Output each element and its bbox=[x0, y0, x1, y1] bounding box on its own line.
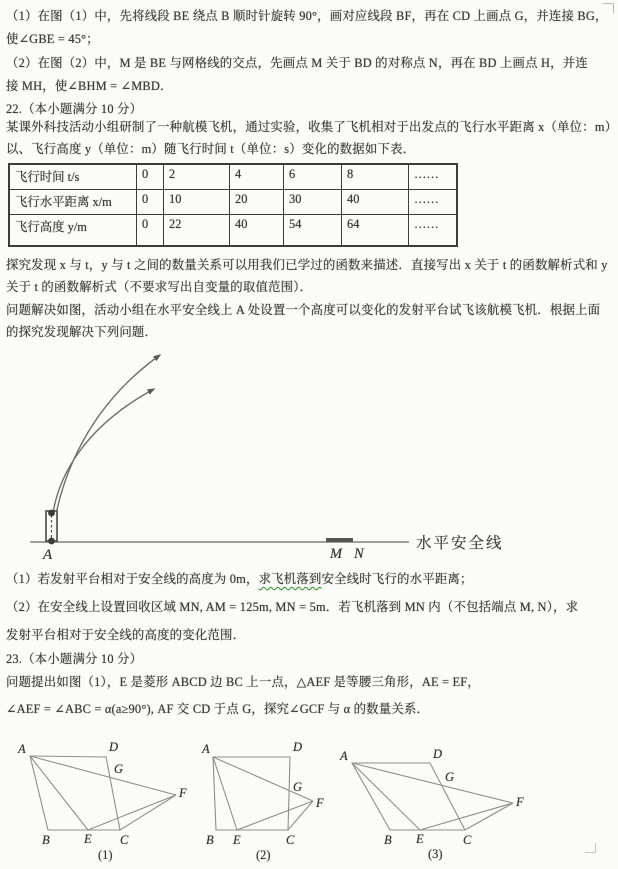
point-label-A: A bbox=[339, 749, 348, 763]
table-cell: 0 bbox=[137, 190, 164, 215]
text-line: 以、飞行高度 y（单位：m）随飞行时间 t（单位：s）变化的数据如下表． bbox=[6, 141, 415, 157]
text-line: （1）在图（1）中，先将线段 BE 绕点 B 顺时针旋转 90°，画对应线段 B… bbox=[6, 8, 608, 24]
point-label-A: A bbox=[42, 547, 53, 563]
text-line: 某课外科技活动小组研制了一种航模飞机，通过实验，收集了飞机相对于出发点的飞行水平… bbox=[6, 119, 617, 135]
point-label-E: E bbox=[232, 833, 241, 847]
point-label-A: A bbox=[201, 742, 210, 756]
table-cell: 10 bbox=[164, 190, 230, 215]
q22-item1-wavy-text: 求飞机落到 bbox=[259, 572, 322, 586]
table-cell: 64 bbox=[342, 215, 409, 247]
table-cell: 40 bbox=[342, 190, 409, 215]
table-cell: 54 bbox=[284, 215, 342, 247]
table-row: 飞行时间 t/s 0 2 4 6 8 …… bbox=[9, 164, 457, 190]
safety-line-label: 水平安全线 bbox=[416, 534, 504, 552]
point-label-M: M bbox=[329, 546, 343, 562]
point-label-D: D bbox=[292, 740, 302, 754]
table-cell: 40 bbox=[230, 215, 284, 247]
text-line: 的探究发现解决下列问题． bbox=[6, 324, 157, 340]
text-line: （2）在图（2）中，M 是 BE 与网格线的交点，先画点 M 关于 BD 的对称… bbox=[6, 55, 588, 71]
text-line: 关于 t 的函数解析式（不要求写出自变量的取值范围）． bbox=[6, 279, 312, 295]
point-label-F: F bbox=[315, 796, 324, 810]
point-label-N: N bbox=[353, 546, 365, 562]
table-cell: …… bbox=[409, 215, 458, 247]
segment-EF bbox=[88, 795, 176, 830]
text-line: （1）若发射平台相对于安全线的高度为 0m，求飞机落到安全线时飞行的水平距离； bbox=[6, 571, 473, 587]
platform-base-dot bbox=[48, 538, 55, 545]
segment-CF bbox=[465, 803, 513, 830]
point-label-F: F bbox=[178, 786, 187, 800]
point-label-D: D bbox=[432, 747, 442, 761]
table-cell: …… bbox=[409, 190, 458, 215]
geometry-figure-2: A D G F B E C (2) bbox=[200, 733, 345, 867]
table-cell: 0 bbox=[137, 215, 164, 247]
table-cell: 4 bbox=[230, 164, 284, 190]
segment-EF bbox=[420, 803, 513, 830]
point-label-F: F bbox=[515, 795, 524, 809]
segment-EF bbox=[237, 801, 313, 830]
scanned-exam-page: （1）在图（1）中，先将线段 BE 绕点 B 顺时针旋转 90°，画对应线段 B… bbox=[0, 0, 618, 869]
point-label-D: D bbox=[108, 740, 118, 754]
table-cell: 0 bbox=[137, 164, 164, 190]
page-corner-mark bbox=[585, 843, 596, 853]
table-cell: 2 bbox=[164, 164, 230, 190]
table-row: 飞行水平距离 x/m 0 10 20 30 40 …… bbox=[9, 190, 457, 215]
text-line: 接 MH，使∠BHM = ∠MBD． bbox=[6, 78, 173, 94]
question-23-heading: 23.（本小题满分 10 分） bbox=[6, 651, 142, 667]
table-cell: …… bbox=[409, 164, 458, 190]
flight-curve-low bbox=[53, 389, 154, 513]
rhombus-ABCD bbox=[30, 756, 120, 830]
q22-item1-suffix: 安全线时飞行的水平距离； bbox=[322, 572, 473, 586]
row-header: 飞行高度 y/m bbox=[9, 215, 137, 247]
text-line: （2）在安全线上设置回收区域 MN, AM = 125m, MN = 5m．若飞… bbox=[6, 599, 578, 615]
table-cell: 6 bbox=[284, 164, 342, 190]
text-line: 问题解决如图，活动小组在水平安全线上 A 处设置一个高度可以变化的发射平台试飞该… bbox=[6, 302, 600, 318]
table-cell: 22 bbox=[164, 215, 230, 247]
table-cell: 30 bbox=[284, 190, 342, 215]
point-label-E: E bbox=[83, 832, 92, 846]
point-label-A: A bbox=[17, 742, 26, 756]
segment-AF bbox=[30, 756, 176, 795]
point-label-B: B bbox=[384, 833, 392, 847]
figure-caption: (3) bbox=[428, 847, 443, 861]
text-line: ∠AEF = ∠ABC = α(a≥90°), AF 交 CD 于点 G，探究∠… bbox=[6, 701, 429, 717]
q22-item1-prefix: （1）若发射平台相对于安全线的高度为 0m， bbox=[6, 572, 259, 586]
point-label-B: B bbox=[206, 833, 214, 847]
segment-CF bbox=[120, 795, 176, 830]
flight-curve-high bbox=[52, 355, 160, 540]
text-line: 发射平台相对于安全线的高度的变化范围． bbox=[6, 627, 245, 643]
table-row: 飞行高度 y/m 0 22 40 54 64 …… bbox=[9, 215, 457, 247]
table-cell: 8 bbox=[342, 164, 409, 190]
figure-caption: (2) bbox=[256, 848, 271, 862]
geometry-figure-1: A D G F B E C (1) bbox=[14, 733, 214, 867]
row-header: 飞行时间 t/s bbox=[9, 164, 137, 190]
text-line: 探究发现 x 与 t，y 与 t 之间的数量关系可以用我们已学过的函数来描述．直… bbox=[6, 257, 608, 273]
segment-AE bbox=[352, 763, 420, 830]
point-label-B: B bbox=[42, 833, 50, 847]
text-line: 使∠GBE = 45°； bbox=[6, 31, 99, 47]
segment-AE bbox=[213, 757, 237, 830]
point-label-G: G bbox=[293, 780, 302, 794]
segment-AF bbox=[213, 757, 313, 801]
flight-data-table: 飞行时间 t/s 0 2 4 6 8 …… 飞行水平距离 x/m 0 10 20… bbox=[8, 163, 458, 247]
point-label-E: E bbox=[415, 832, 424, 846]
geometry-figure-3: A D G F B E C (3) bbox=[335, 738, 535, 866]
figure-caption: (1) bbox=[98, 848, 113, 862]
platform-top-dot bbox=[48, 510, 55, 517]
point-label-C: C bbox=[463, 833, 472, 847]
question-22-heading: 22.（本小题满分 10 分） bbox=[6, 101, 142, 117]
trajectory-figure: A M N 水平安全线 bbox=[0, 345, 618, 567]
point-label-G: G bbox=[114, 762, 123, 776]
segment-AF bbox=[352, 763, 513, 803]
row-header: 飞行水平距离 x/m bbox=[9, 190, 137, 215]
point-label-C: C bbox=[120, 833, 129, 847]
point-label-C: C bbox=[286, 833, 295, 847]
point-label-G: G bbox=[445, 770, 454, 784]
table-cell: 20 bbox=[230, 190, 284, 215]
text-line: 问题提出如图（1），E 是菱形 ABCD 边 BC 上一点，△AEF 是等腰三角… bbox=[6, 674, 480, 690]
